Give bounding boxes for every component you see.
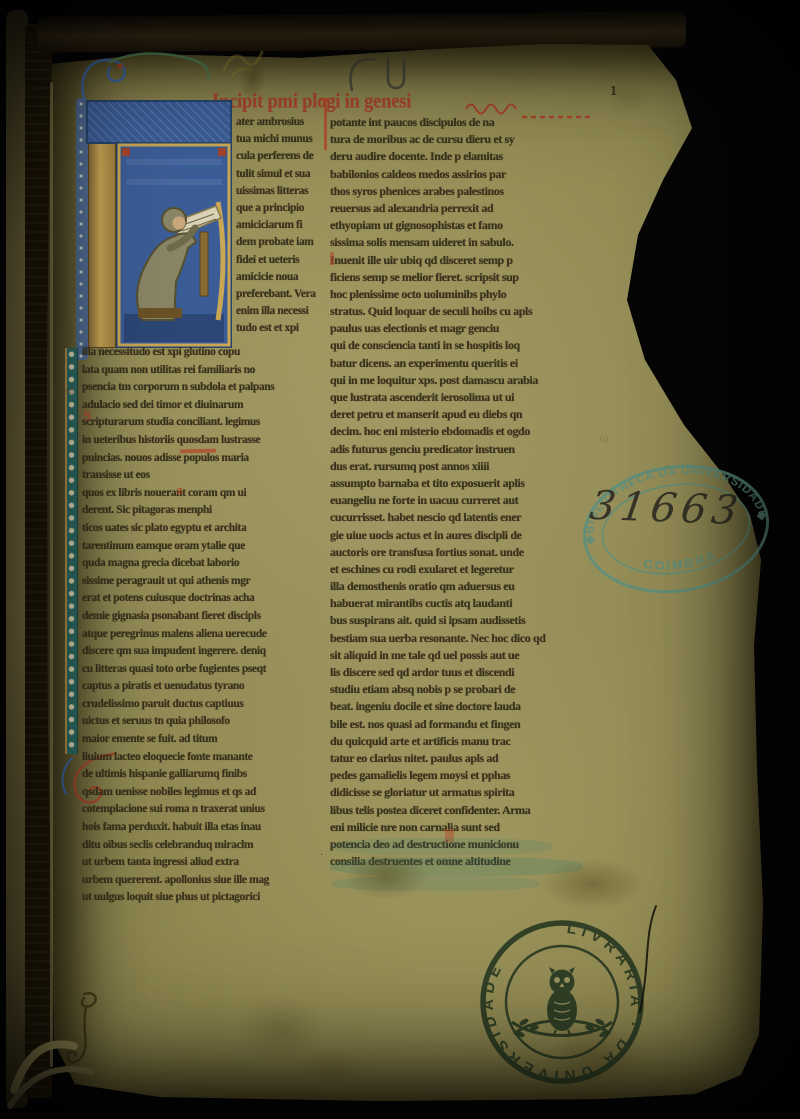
red-paragraph-mark-head [321, 98, 330, 101]
stain [606, 76, 650, 116]
manuscript-text-line: atque peregrinus malens aliena uerecude [82, 626, 323, 644]
manuscript-text-line: scripturarum studia conciliant. legimus [82, 414, 323, 432]
manuscript-text-line: qsdam uenisse nobiles legimus et qs ad [82, 784, 323, 802]
manuscript-text-line: bile est. nos quasi ad formandu et finge… [330, 716, 645, 733]
manuscript-text-line: liuium lacteo eloquecie fonte manante [82, 749, 323, 767]
manuscript-text-line: maior emente se fuit. ad titum [82, 731, 323, 749]
red-correction-mark: z [177, 482, 183, 498]
manuscript-text-line: sissima solis mensam uideret in sabulo. [330, 234, 645, 251]
manuscript-text-line: crudelissimo paruit ductus captiuus [82, 696, 323, 714]
bottom-left-flourish [54, 988, 102, 1074]
manuscript-text-line: eni milicie nre non carnalia sunt sed [330, 819, 645, 836]
red-initial-s: S [83, 408, 91, 425]
manuscript-text-line: urbem quererent. apollonius siue ille ma… [82, 872, 323, 890]
manuscript-text-line: ditu oibus seclis celebranduq miraclm [82, 837, 323, 855]
manuscript-text-line: dem probate iam [236, 234, 328, 251]
manuscript-text-line: discere qm sua impudent ingerere. deniq [82, 643, 323, 661]
manuscript-text-line: bestiam sua uerba resonante. Nec hoc dic… [330, 630, 645, 647]
manuscript-text-line: uissimas litteras [236, 183, 328, 200]
manuscript-text-line: tarentinum eamque oram ytalie que [82, 538, 323, 556]
manuscript-text-line: adis futurus genciu predicator instruen [330, 441, 645, 458]
manuscript-text-line: psencia tm corporum n subdola et palpans [82, 379, 323, 397]
manuscript-text-line: demie gignasia psonabant fieret discipls [82, 608, 323, 626]
manuscript-text-line: paulus uas electionis et magr genciu [330, 320, 645, 337]
manuscript-text-line: enim illa necessi [236, 303, 328, 320]
manuscript-text-line: tura de moribus ac de cursu dieru et sy [330, 131, 645, 148]
page-edge-highlight [50, 82, 53, 1067]
manuscript-text-line: adulacio sed dei timor et diuinarum [82, 397, 323, 415]
manuscript-text-line: studiu etiam absq nobis p se probari de [330, 681, 645, 698]
manuscript-text-line: de ultimis hispanie galliarumq finibs [82, 766, 323, 784]
manuscript-photo: Incipit pmi plogi in genesi o paulus 1 n… [0, 0, 800, 1119]
stain [540, 858, 644, 910]
manuscript-text-line: cu litteras quasi toto orbe fugientes ps… [82, 661, 323, 679]
manuscript-text-line: sissime peragrauit ut qui athenis mgr [82, 573, 323, 591]
owl-library-stamp: LIVRARIA · DA UNIVERSIDADE [476, 916, 648, 1088]
manuscript-text-line: quos ex libris nouerant coram qm ui [82, 485, 323, 503]
manuscript-text-line: batur dicens. an experimentu queritis ei [330, 355, 645, 372]
manuscript-text-line: ut urbem tanta ingressi aliud extra [82, 854, 323, 872]
manuscript-text-line: ficiens semp se melior fieret. scripsit … [330, 269, 645, 286]
manuscript-text-line: amicicie noua [236, 269, 328, 286]
initial-top-flourish [76, 46, 226, 106]
manuscript-text-line: tudo est et xpi [236, 320, 328, 337]
stain [344, 852, 428, 900]
manuscript-text-line: bus suspirans ait. quid si ipsam audisse… [330, 612, 645, 629]
manuscript-text-line: tatur eo clarius nitet. paulus apls ad [330, 750, 645, 767]
manuscript-text-line: potante int paucos discipulos de na [330, 114, 645, 131]
manuscript-text-line: didicisse se gloriatur ut armatus spirit… [330, 784, 645, 801]
manuscript-text-line: stratus. Quid loquar de seculi hoibs cu … [330, 303, 645, 320]
manuscript-text-line: lata quam non utilitas rei familiaris no [82, 362, 323, 380]
manuscript-text-line: fidei et ueteris [236, 252, 328, 269]
left-column-text: illa necessitudo est xpi glutino copulat… [82, 344, 323, 907]
manuscript-text-line: quda magna grecia dicebat laborio [82, 555, 323, 573]
manuscript-text-line: lis discere sed qd ardor tuus et discend… [330, 664, 645, 681]
margin-dot: · [320, 850, 323, 861]
manuscript-text-line: deret petru et manserit apud eu diebs qn [330, 406, 645, 423]
manuscript-text-line: tua michi munus [236, 131, 328, 148]
manuscript-text-line: decim. hoc eni misterio ebdomadis et ogd… [330, 423, 645, 440]
owl-emblem [512, 967, 612, 1038]
manuscript-text-line: erat et potens cuiusque doctrinas acha [82, 590, 323, 608]
manuscript-text-line: transisse ut eos [82, 467, 323, 485]
manuscript-text-line: thos syros phenices arabes palestinos [330, 183, 645, 200]
teal-ink-smear [332, 838, 552, 855]
manuscript-text-line: sit aliquid in me tale qd uel possis aut… [330, 647, 645, 664]
monk-miniature [116, 142, 232, 348]
manuscript-text-line: preferebant. Vera [236, 286, 328, 303]
stain [296, 1048, 366, 1092]
manuscript-text-line: hois fama perduxit. habuit illa etas ina… [82, 819, 323, 837]
red-touched-capital [330, 252, 334, 265]
manuscript-text-line: captus a piratis et uenudatus tyrano [82, 678, 323, 696]
manuscript-text-line: babilonios caldeos medos assirios par [330, 166, 645, 183]
manuscript-text-line: reuersus ad alexandria perrexit ad [330, 200, 645, 217]
manuscript-text-line: qui in me loquitur xps. post damascu ara… [330, 372, 645, 389]
initial-letter-arm [86, 100, 232, 144]
initial-tail-band [65, 348, 78, 754]
manuscript-text-line: derent. Sic pitagoras menphi [82, 502, 323, 520]
manuscript-text-line: cotemplacione sui roma n traxerat unius [82, 801, 323, 819]
manuscript-text-line: libus telis postea diceret confidenter. … [330, 802, 645, 819]
pen-stroke [634, 902, 662, 1016]
manuscript-text-line: beat. ingeniu docile et sine doctore lau… [330, 698, 645, 715]
manuscript-text-line: ater ambrosius [236, 114, 328, 131]
manuscript-text-line: ut uulgus loquit siue phus ut pictagoric… [82, 889, 323, 907]
manuscript-text-line: deru audire docente. Inde p elamitas [330, 148, 645, 165]
manuscript-text-line: amiciciarum fi [236, 217, 328, 234]
red-paragraph-mark [324, 98, 327, 150]
manuscript-text-line: ticos uates sic plato egyptu et archita [82, 520, 323, 538]
manuscript-text-line: que lustrata ascenderit ierosolima ut ui [330, 389, 645, 406]
manuscript-text-line: in ueteribus historiis quosdam lustrasse [82, 432, 323, 450]
manuscript-text-line: Inuenit ille uir ubiq qd disceret semp p [330, 252, 645, 269]
manuscript-text-line: pedes gamalielis legem moysi et pphas [330, 767, 645, 784]
accession-number: 31663 [587, 483, 773, 535]
faint-pen-doodle: 6) [600, 434, 608, 445]
manuscript-text-line: cula perferens de [236, 148, 328, 165]
manuscript-text-line: du quicquid arte et artificis manu trac [330, 733, 645, 750]
marginal-gloss-small: ndrid [54, 386, 73, 396]
manuscript-text-line: tulit simul et sua [236, 166, 328, 183]
manuscript-text-line: que a principio [236, 200, 328, 217]
red-strikethrough [180, 449, 216, 453]
manuscript-text-line: illa necessitudo est xpi glutino copu [82, 344, 323, 362]
manuscript-text-line: qui de consciencia tanti in se hospitis … [330, 337, 645, 354]
manuscript-text-line: hoc plenissime octo uoluminibs phylo [330, 286, 645, 303]
manuscript-text-line: ethyopiam ut gignosophistas et famo [330, 217, 645, 234]
left-column-narrow-text: ater ambrosiustua michi munuscula perfer… [236, 114, 328, 337]
manuscript-text-line: uictus et seruus tn quia philosofo [82, 713, 323, 731]
